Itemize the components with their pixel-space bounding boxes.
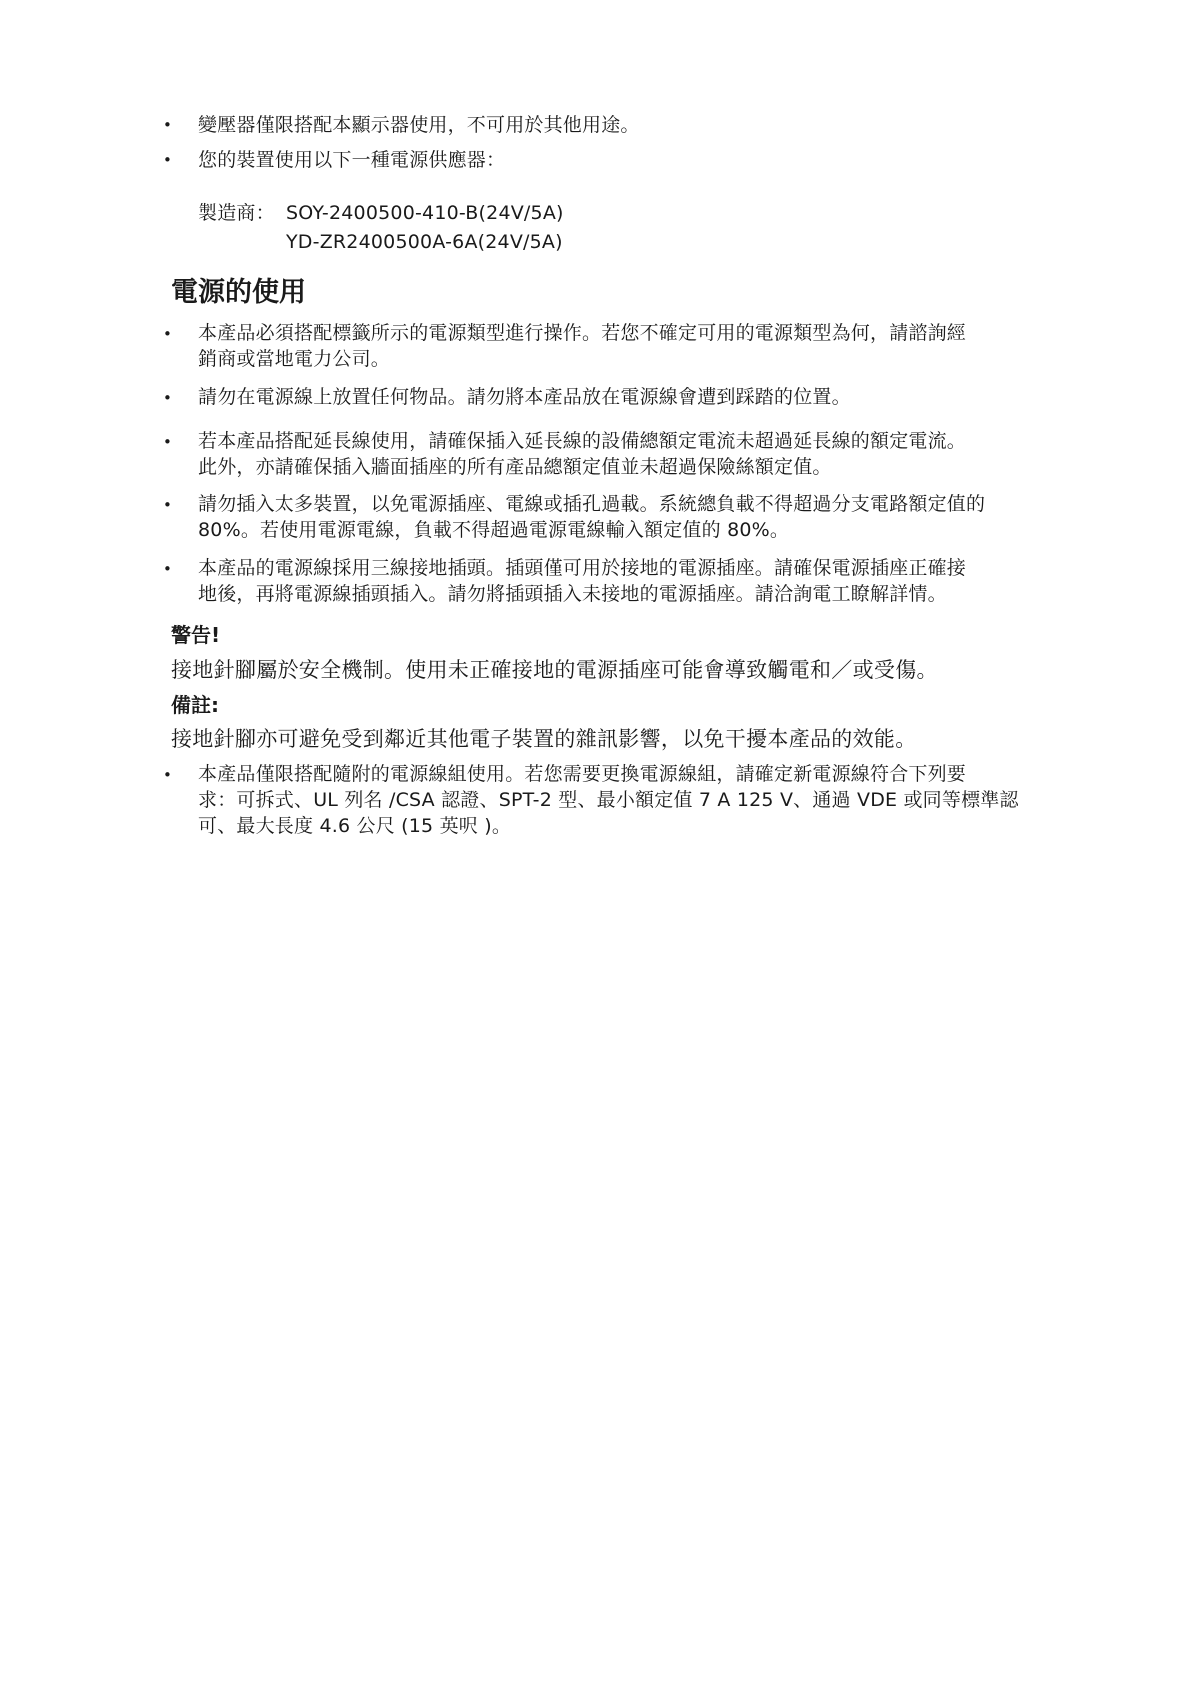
- note-label: 備註:: [171, 692, 219, 718]
- power-bullet-2: 請勿在電源線上放置任何物品。請勿將本產品放在電源線會遭到踩踏的位置。: [198, 384, 1088, 410]
- power-bullet-1: 本產品必須搭配標籤所示的電源類型進行操作。若您不確定可用的電源類型為何，請諮詢經…: [198, 320, 1088, 372]
- bullet-icon: •: [163, 496, 172, 515]
- power-bullet-3: 若本產品搭配延長線使用，請確保插入延長線的設備總額定電流未超過延長線的額定電流。…: [198, 428, 1088, 480]
- power-supply-intro: 您的裝置使用以下一種電源供應器：: [198, 147, 1088, 173]
- bullet-icon: •: [163, 766, 172, 785]
- bullet-icon: •: [163, 325, 172, 344]
- warning-text: 接地針腳屬於安全機制。使用未正確接地的電源插座可能會導致觸電和／或受傷。: [171, 656, 938, 684]
- bullet-icon: •: [163, 560, 172, 579]
- warning-label: 警告!: [171, 622, 220, 648]
- bullet-icon: •: [163, 116, 172, 135]
- power-bullet-5: 本產品的電源線採用三線接地插頭。插頭僅可用於接地的電源插座。請確保電源插座正確接…: [198, 555, 1088, 607]
- adapter-usage-text: 變壓器僅限搭配本顯示器使用，不可用於其他用途。: [198, 112, 1088, 138]
- manufacturer-row-2: YD-ZR2400500A-6A(24V/5A): [198, 203, 1088, 255]
- document-page: • 變壓器僅限搭配本顯示器使用，不可用於其他用途。 • 您的裝置使用以下一種電源…: [0, 0, 1191, 1684]
- bullet-icon: •: [163, 433, 172, 452]
- note-text: 接地針腳亦可避免受到鄰近其他電子裝置的雜訊影響，以免干擾本產品的效能。: [171, 725, 917, 753]
- power-bullet-4: 請勿插入太多裝置，以免電源插座、電線或插孔過載。系統總負載不得超過分支電路額定值…: [198, 491, 1088, 543]
- bullet-icon: •: [163, 389, 172, 408]
- bullet-icon: •: [163, 151, 172, 170]
- power-cord-requirements: 本產品僅限搭配隨附的電源線組使用。若您需要更換電源線組，請確定新電源線符合下列要…: [198, 761, 1088, 839]
- model-2: YD-ZR2400500A-6A(24V/5A): [286, 231, 563, 253]
- section-title: 電源的使用: [171, 276, 306, 310]
